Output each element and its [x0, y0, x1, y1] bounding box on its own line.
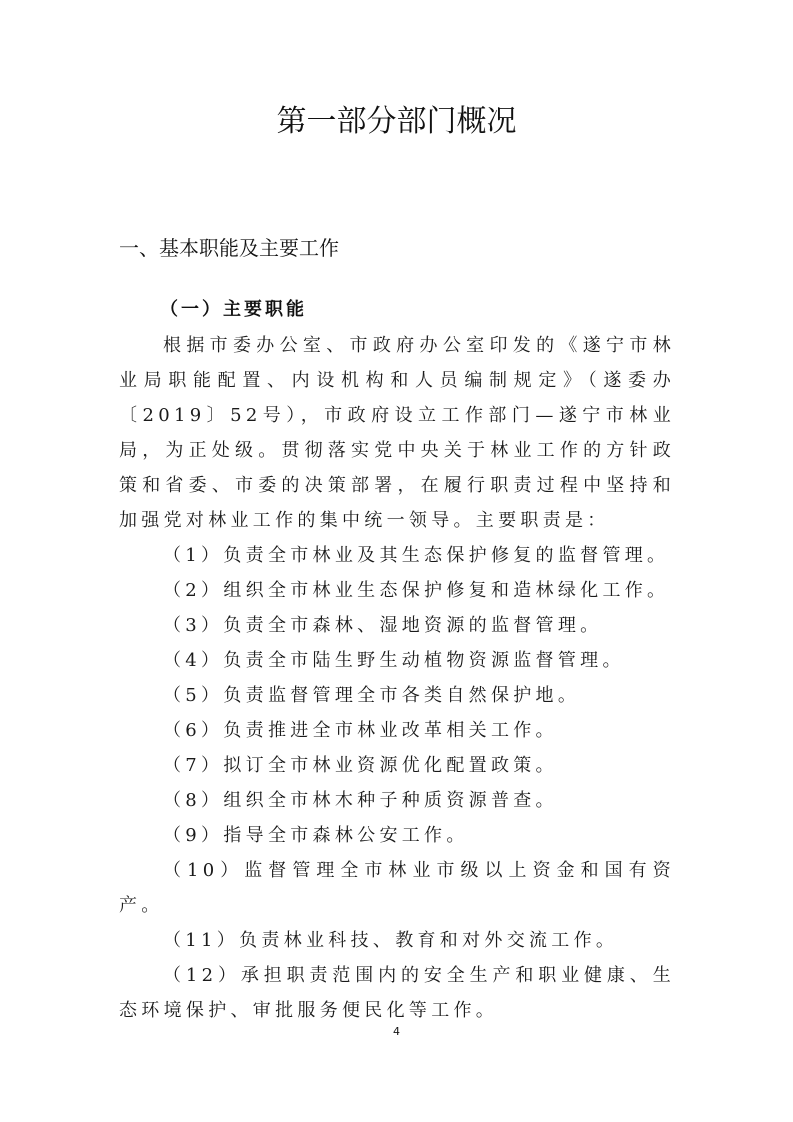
- duty-item: （6）负责推进全市林业改革相关工作。: [119, 713, 675, 748]
- document-page: 第一部分部门概况 一、基本职能及主要工作 （一）主要职能 根据市委办公室、市政府…: [0, 0, 793, 1122]
- duty-item: （1）负责全市林业及其生态保护修复的监督管理。: [119, 538, 675, 573]
- intro-paragraph: 根据市委办公室、市政府办公室印发的《遂宁市林业局职能配置、内设机构和人员编制规定…: [119, 328, 675, 538]
- duty-item: （8）组织全市林木种子种质资源普查。: [119, 783, 675, 818]
- duty-item: （7）拟订全市林业资源优化配置政策。: [119, 748, 675, 783]
- duty-item: （3）负责全市森林、湿地资源的监督管理。: [119, 608, 675, 643]
- duty-item: （11）负责林业科技、教育和对外交流工作。: [119, 923, 675, 958]
- duty-item: （9）指导全市森林公安工作。: [119, 818, 675, 853]
- page-title: 第一部分部门概况: [0, 100, 793, 144]
- section-heading: 一、基本职能及主要工作: [119, 233, 339, 263]
- duty-item: （10）监督管理全市林业市级以上资金和国有资产。: [119, 853, 675, 923]
- duty-item: （12）承担职责范围内的安全生产和职业健康、生态环境保护、审批服务便民化等工作。: [119, 958, 675, 1028]
- body-text: 根据市委办公室、市政府办公室印发的《遂宁市林业局职能配置、内设机构和人员编制规定…: [119, 328, 675, 1028]
- duty-item: （2）组织全市林业生态保护修复和造林绿化工作。: [119, 573, 675, 608]
- duty-item: （4）负责全市陆生野生动植物资源监督管理。: [119, 643, 675, 678]
- duty-item: （5）负责监督管理全市各类自然保护地。: [119, 678, 675, 713]
- sub-heading: （一）主要职能: [160, 296, 307, 324]
- page-number: 4: [0, 1024, 793, 1040]
